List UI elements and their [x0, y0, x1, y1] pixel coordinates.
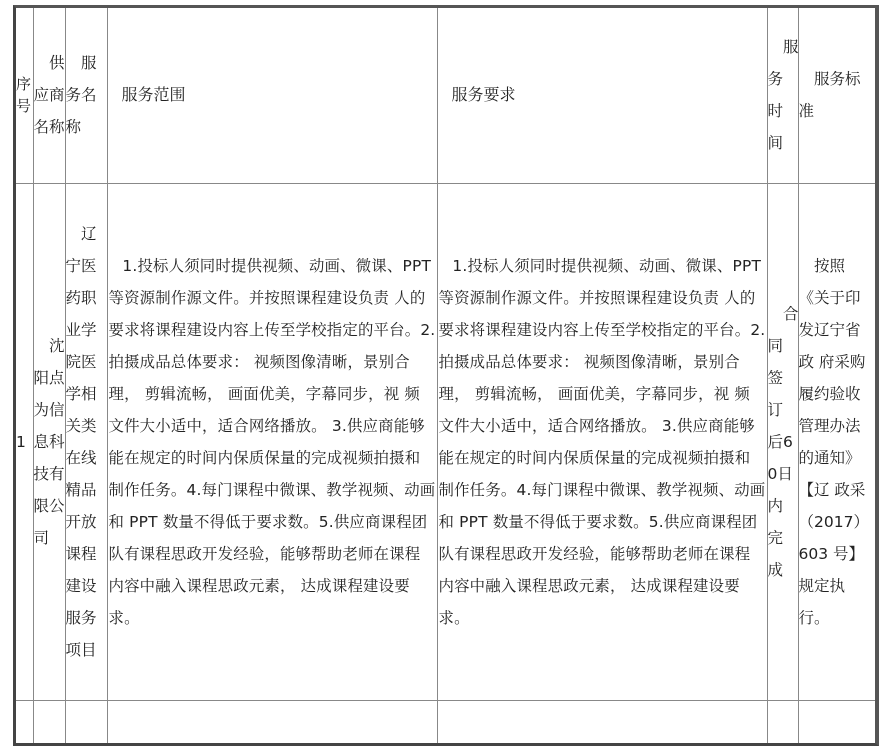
service-procurement-table: 序号 供应商名称 服务名称 服务范围 服务要求 服务时间 服务标准 1	[16, 8, 875, 743]
header-time: 服务时间	[767, 8, 798, 183]
service-name: 辽宁医药职业学院医学相关类在线精品开放课程建设服务项目	[66, 218, 107, 666]
empty-cell-standard	[798, 700, 875, 743]
cell-standard: 按照《关于印发辽宁省政 府采购履约验收管理办法的通知》【辽 政采（2017）60…	[798, 183, 875, 700]
table-row-empty	[16, 700, 875, 743]
header-service-name: 服务名称	[65, 8, 107, 183]
service-requirements-text: 1.投标人须同时提供视频、动画、微课、PPT 等资源制作源文件。并按照课程建设负…	[438, 250, 767, 634]
supplier-name: 沈阳点为信息科技有限公司	[34, 330, 65, 554]
row-number: 1	[16, 426, 33, 458]
cell-no: 1	[16, 183, 33, 700]
header-supplier-label: 供应商名称	[34, 47, 65, 143]
cell-supplier: 沈阳点为信息科技有限公司	[33, 183, 65, 700]
empty-cell-no	[16, 700, 33, 743]
header-standard-label: 服务标准	[799, 63, 876, 127]
cell-time: 合同签订后60日内完成	[767, 183, 798, 700]
header-row: 序号 供应商名称 服务名称 服务范围 服务要求 服务时间 服务标准	[16, 8, 875, 183]
header-requirements: 服务要求	[437, 8, 767, 183]
header-scope: 服务范围	[107, 8, 437, 183]
header-service-name-label: 服务名称	[66, 47, 107, 143]
header-scope-label: 服务范围	[108, 79, 437, 111]
empty-cell-requirements	[437, 700, 767, 743]
header-no: 序号	[16, 8, 33, 183]
cell-scope: 1.投标人须同时提供视频、动画、微课、PPT 等资源制作源文件。并按照课程建设负…	[107, 183, 437, 700]
cell-service-name: 辽宁医药职业学院医学相关类在线精品开放课程建设服务项目	[65, 183, 107, 700]
header-no-label: 序号	[16, 73, 33, 117]
table-row: 1 沈阳点为信息科技有限公司 辽宁医药职业学院医学相关类在线精品开放课程建设服务…	[16, 183, 875, 700]
empty-cell-scope	[107, 700, 437, 743]
empty-cell-time	[767, 700, 798, 743]
service-standard-text: 按照《关于印发辽宁省政 府采购履约验收管理办法的通知》【辽 政采（2017）60…	[799, 250, 876, 634]
empty-cell-supplier	[33, 700, 65, 743]
header-requirements-label: 服务要求	[438, 79, 767, 111]
header-standard: 服务标准	[798, 8, 875, 183]
service-time-text: 合同签订后60日内完成	[768, 298, 798, 586]
cell-requirements: 1.投标人须同时提供视频、动画、微课、PPT 等资源制作源文件。并按照课程建设负…	[437, 183, 767, 700]
procurement-table-frame: 序号 供应商名称 服务名称 服务范围 服务要求 服务时间 服务标准 1	[13, 5, 879, 746]
header-supplier: 供应商名称	[33, 8, 65, 183]
empty-cell-service-name	[65, 700, 107, 743]
header-time-label: 服务时间	[768, 31, 798, 159]
service-scope-text: 1.投标人须同时提供视频、动画、微课、PPT 等资源制作源文件。并按照课程建设负…	[108, 250, 437, 634]
